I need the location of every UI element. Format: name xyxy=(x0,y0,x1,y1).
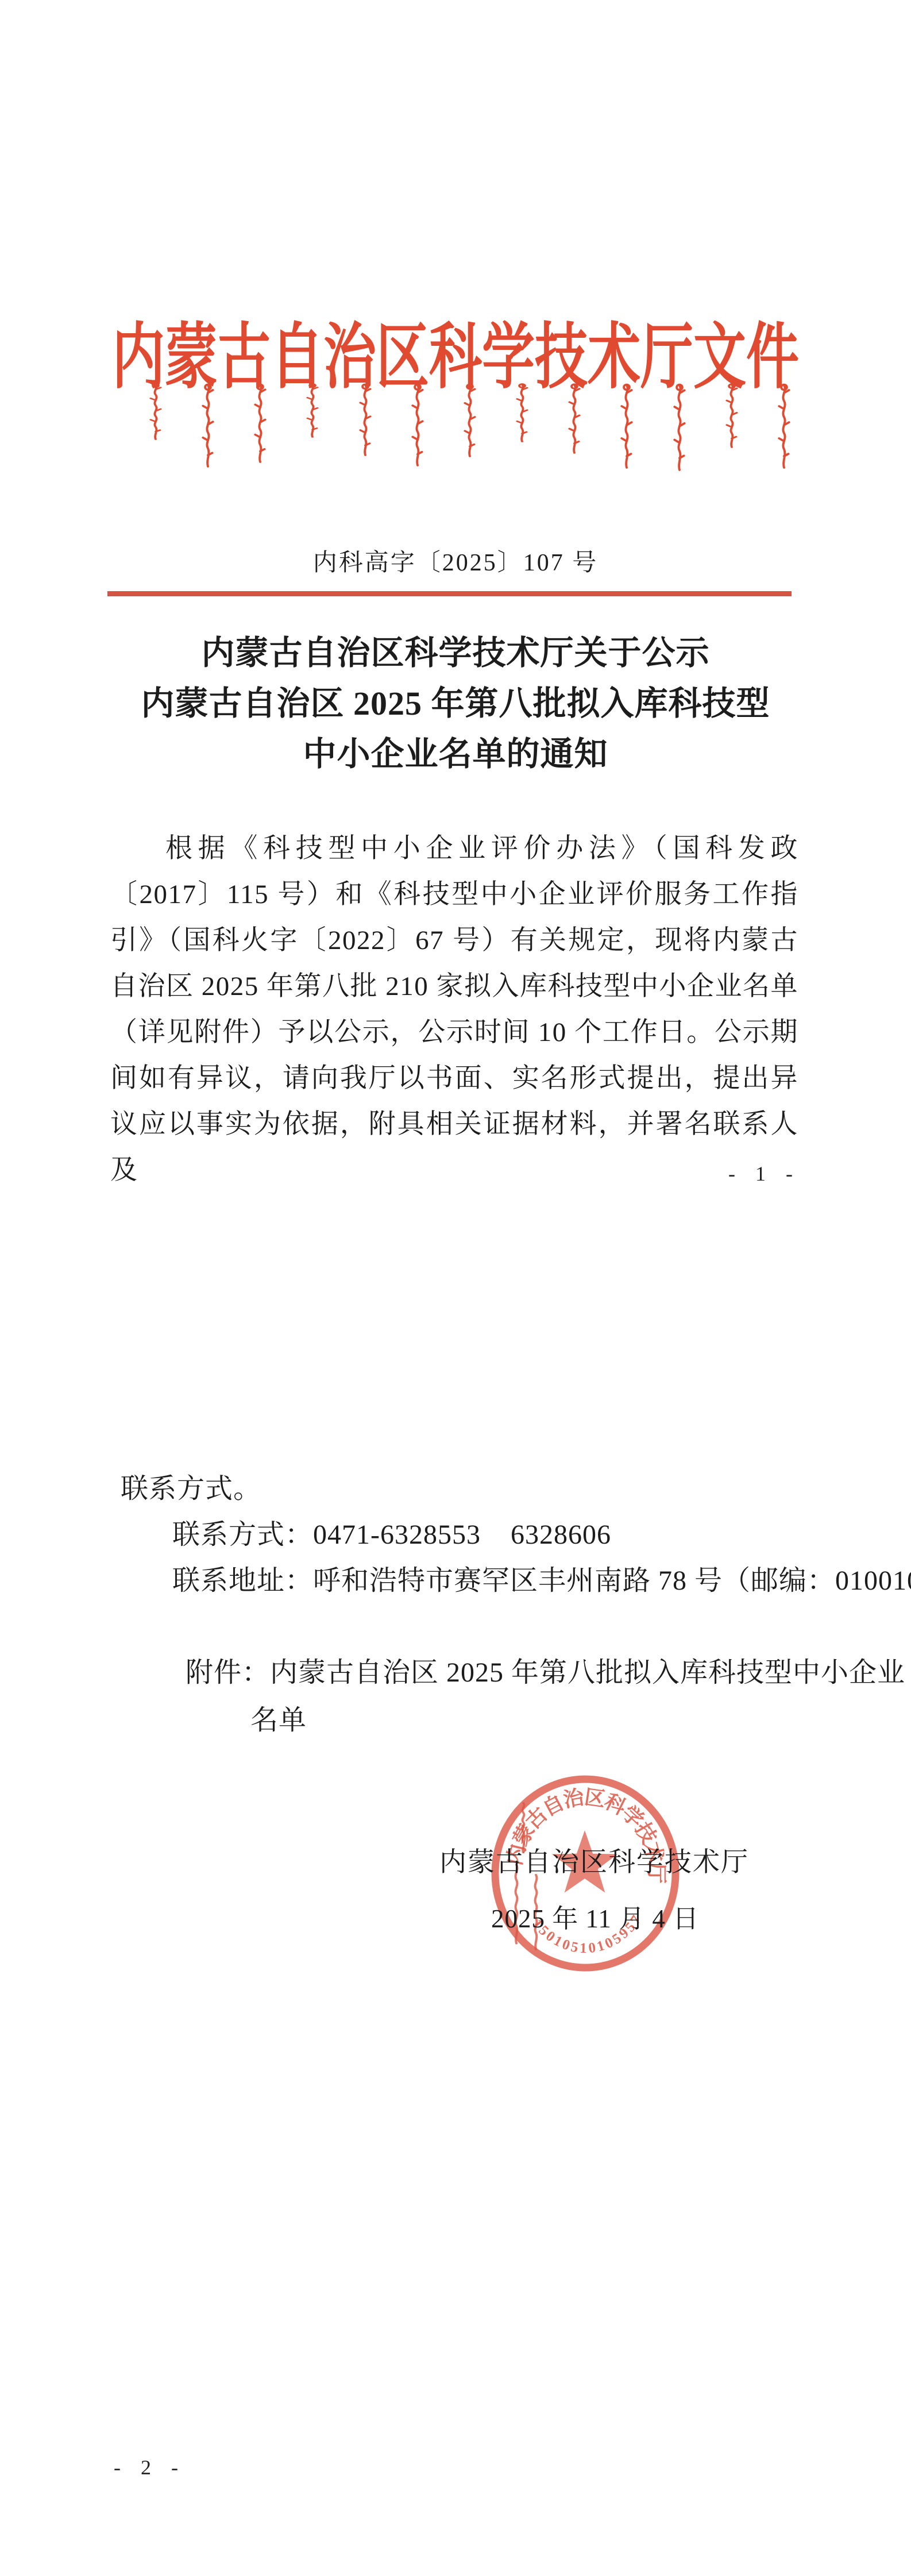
mongolian-glyph xyxy=(305,383,320,438)
document-title-line-1: 内蒙古自治区科学技术厅关于公示 xyxy=(53,628,858,678)
body-paragraph: 根据《科技型中小企业评价办法》（国科发政〔2017〕115 号）和《科技型中小企… xyxy=(110,826,798,1193)
mongolian-glyph xyxy=(619,383,634,469)
page-number-1: - 1 - xyxy=(728,1162,795,1186)
document-title-line-2: 内蒙古自治区 2025 年第八批拟入库科技型 xyxy=(53,678,858,729)
signature-organization: 内蒙古自治区科学技术厅 xyxy=(439,1841,749,1879)
document-title-line-3: 中小企业名单的通知 xyxy=(53,729,858,780)
mongolian-glyph xyxy=(777,383,792,469)
mongolian-glyph xyxy=(515,383,530,442)
scanned-document: 内蒙古自治区科学技术厅文件 内科高字〔2025〕107 号 内蒙古自治区科学技术… xyxy=(0,0,911,2576)
mongolian-glyph xyxy=(724,383,739,448)
signature-date: 2025 年 11 月 4 日 xyxy=(491,1898,699,1935)
mongolian-glyph xyxy=(253,383,268,463)
mongolian-script-row xyxy=(148,383,792,471)
mongolian-glyph xyxy=(148,383,163,440)
mongolian-glyph xyxy=(672,383,687,471)
attachment-line-1: 附件：内蒙古自治区 2025 年第八批拟入库科技型中小企业 xyxy=(186,1650,905,1690)
contact-address-line: 联系地址：呼和浩特市赛罕区丰州南路 78 号（邮编：010010） xyxy=(172,1558,911,1598)
document-title: 内蒙古自治区科学技术厅关于公示 内蒙古自治区 2025 年第八批拟入库科技型 中… xyxy=(53,628,858,780)
mongolian-glyph xyxy=(462,383,477,457)
page-number-2: - 2 - xyxy=(114,2455,180,2479)
red-divider-rule xyxy=(107,591,792,596)
contact-intro-line: 联系方式。 xyxy=(121,1466,261,1506)
mongolian-glyph xyxy=(200,383,215,468)
mongolian-glyph xyxy=(410,383,425,466)
mongolian-glyph xyxy=(358,383,373,456)
mongolian-glyph xyxy=(567,383,582,454)
contact-phone-line: 联系方式：0471-6328553 6328606 xyxy=(172,1512,611,1552)
attachment-line-2: 名单 xyxy=(250,1698,307,1737)
document-number: 内科高字〔2025〕107 号 xyxy=(0,543,911,578)
